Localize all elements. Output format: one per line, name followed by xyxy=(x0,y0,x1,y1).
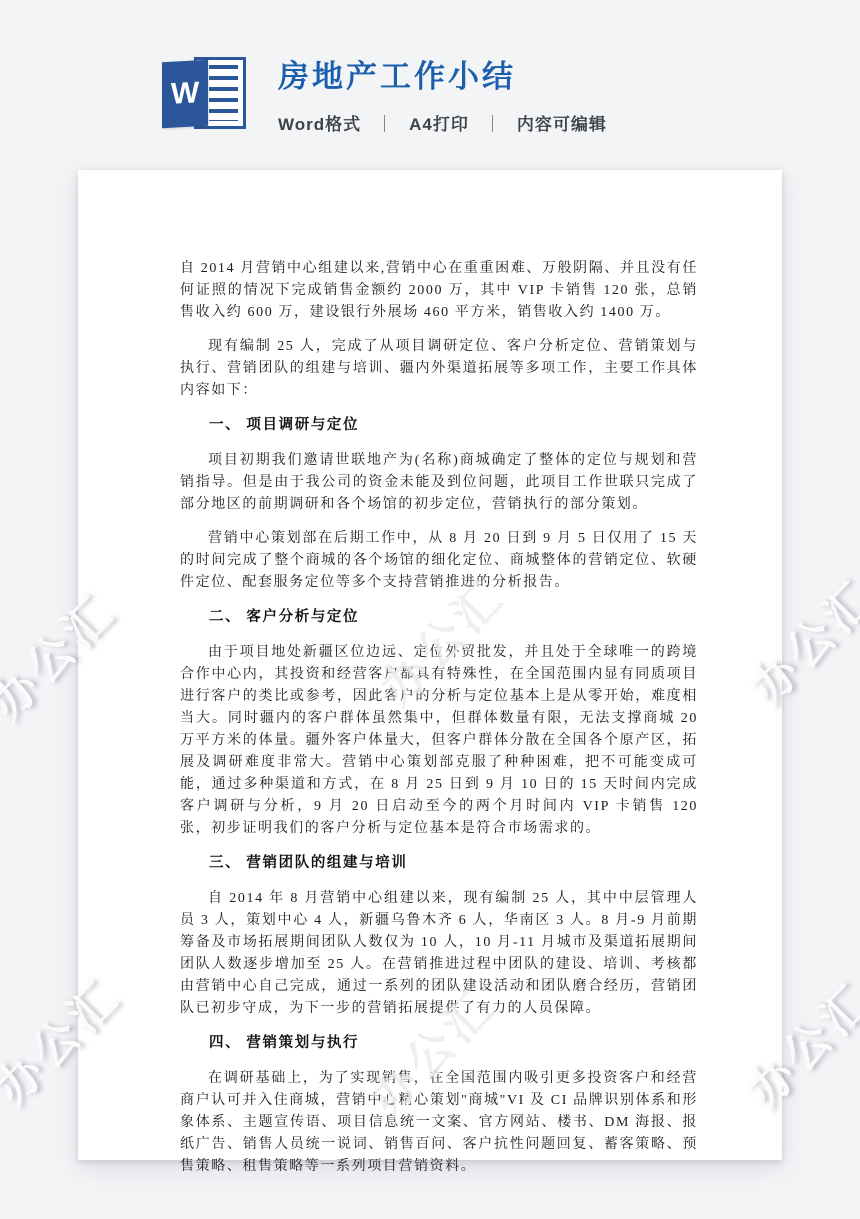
paragraph: 自 2014 月营销中心组建以来,营销中心在重重困难、万般阴隔、并且没有任何证照… xyxy=(180,258,698,324)
section-heading: 二、 客户分析与定位 xyxy=(180,606,698,628)
word-letter-panel: W xyxy=(162,60,208,128)
paragraph: 由于项目地处新疆区位边远、定位外贸批发，并且处于全球唯一的跨境合作中心内，其投资… xyxy=(180,642,698,840)
header-text-block: 房地产工作小结 Word格式 ｜ A4打印 ｜ 内容可编辑 xyxy=(278,55,607,135)
paragraph: 在调研基础上，为了实现销售，在全国范围内吸引更多投资客户和经营商户认可并入住商城… xyxy=(180,1068,698,1178)
section-heading: 一、 项目调研与定位 xyxy=(180,414,698,436)
page-header: W 房地产工作小结 Word格式 ｜ A4打印 ｜ 内容可编辑 xyxy=(160,55,607,135)
a4-page: 自 2014 月营销中心组建以来,营销中心在重重困难、万般阴隔、并且没有任何证照… xyxy=(78,170,782,1160)
paragraph: 现有编制 25 人，完成了从项目调研定位、客户分析定位、营销策划与执行、营销团队… xyxy=(180,336,698,402)
subtitle-separator: ｜ xyxy=(484,110,502,135)
paragraph: 自 2014 年 8 月营销中心组建以来，现有编制 25 人，其中中层管理人员 … xyxy=(180,888,698,1020)
subtitle-format: Word格式 xyxy=(278,110,361,135)
document-subtitle: Word格式 ｜ A4打印 ｜ 内容可编辑 xyxy=(278,110,607,135)
section-heading: 三、 营销团队的组建与培训 xyxy=(180,852,698,874)
word-document-lines xyxy=(209,65,238,121)
paragraph: 项目初期我们邀请世联地产为(名称)商城确定了整体的定位与规划和营销指导。但是由于… xyxy=(180,450,698,516)
subtitle-editable: 内容可编辑 xyxy=(517,110,607,135)
document-title: 房地产工作小结 xyxy=(278,59,607,95)
word-logo-icon: W xyxy=(160,55,250,135)
paragraph: 营销中心策划部在后期工作中，从 8 月 20 日到 9 月 5 日仅用了 15 … xyxy=(180,528,698,594)
subtitle-print: A4打印 xyxy=(409,110,469,135)
document-body: 自 2014 月营销中心组建以来,营销中心在重重困难、万般阴隔、并且没有任何证照… xyxy=(78,170,782,1178)
subtitle-separator: ｜ xyxy=(376,110,394,135)
section-heading: 四、 营销策划与执行 xyxy=(180,1032,698,1054)
